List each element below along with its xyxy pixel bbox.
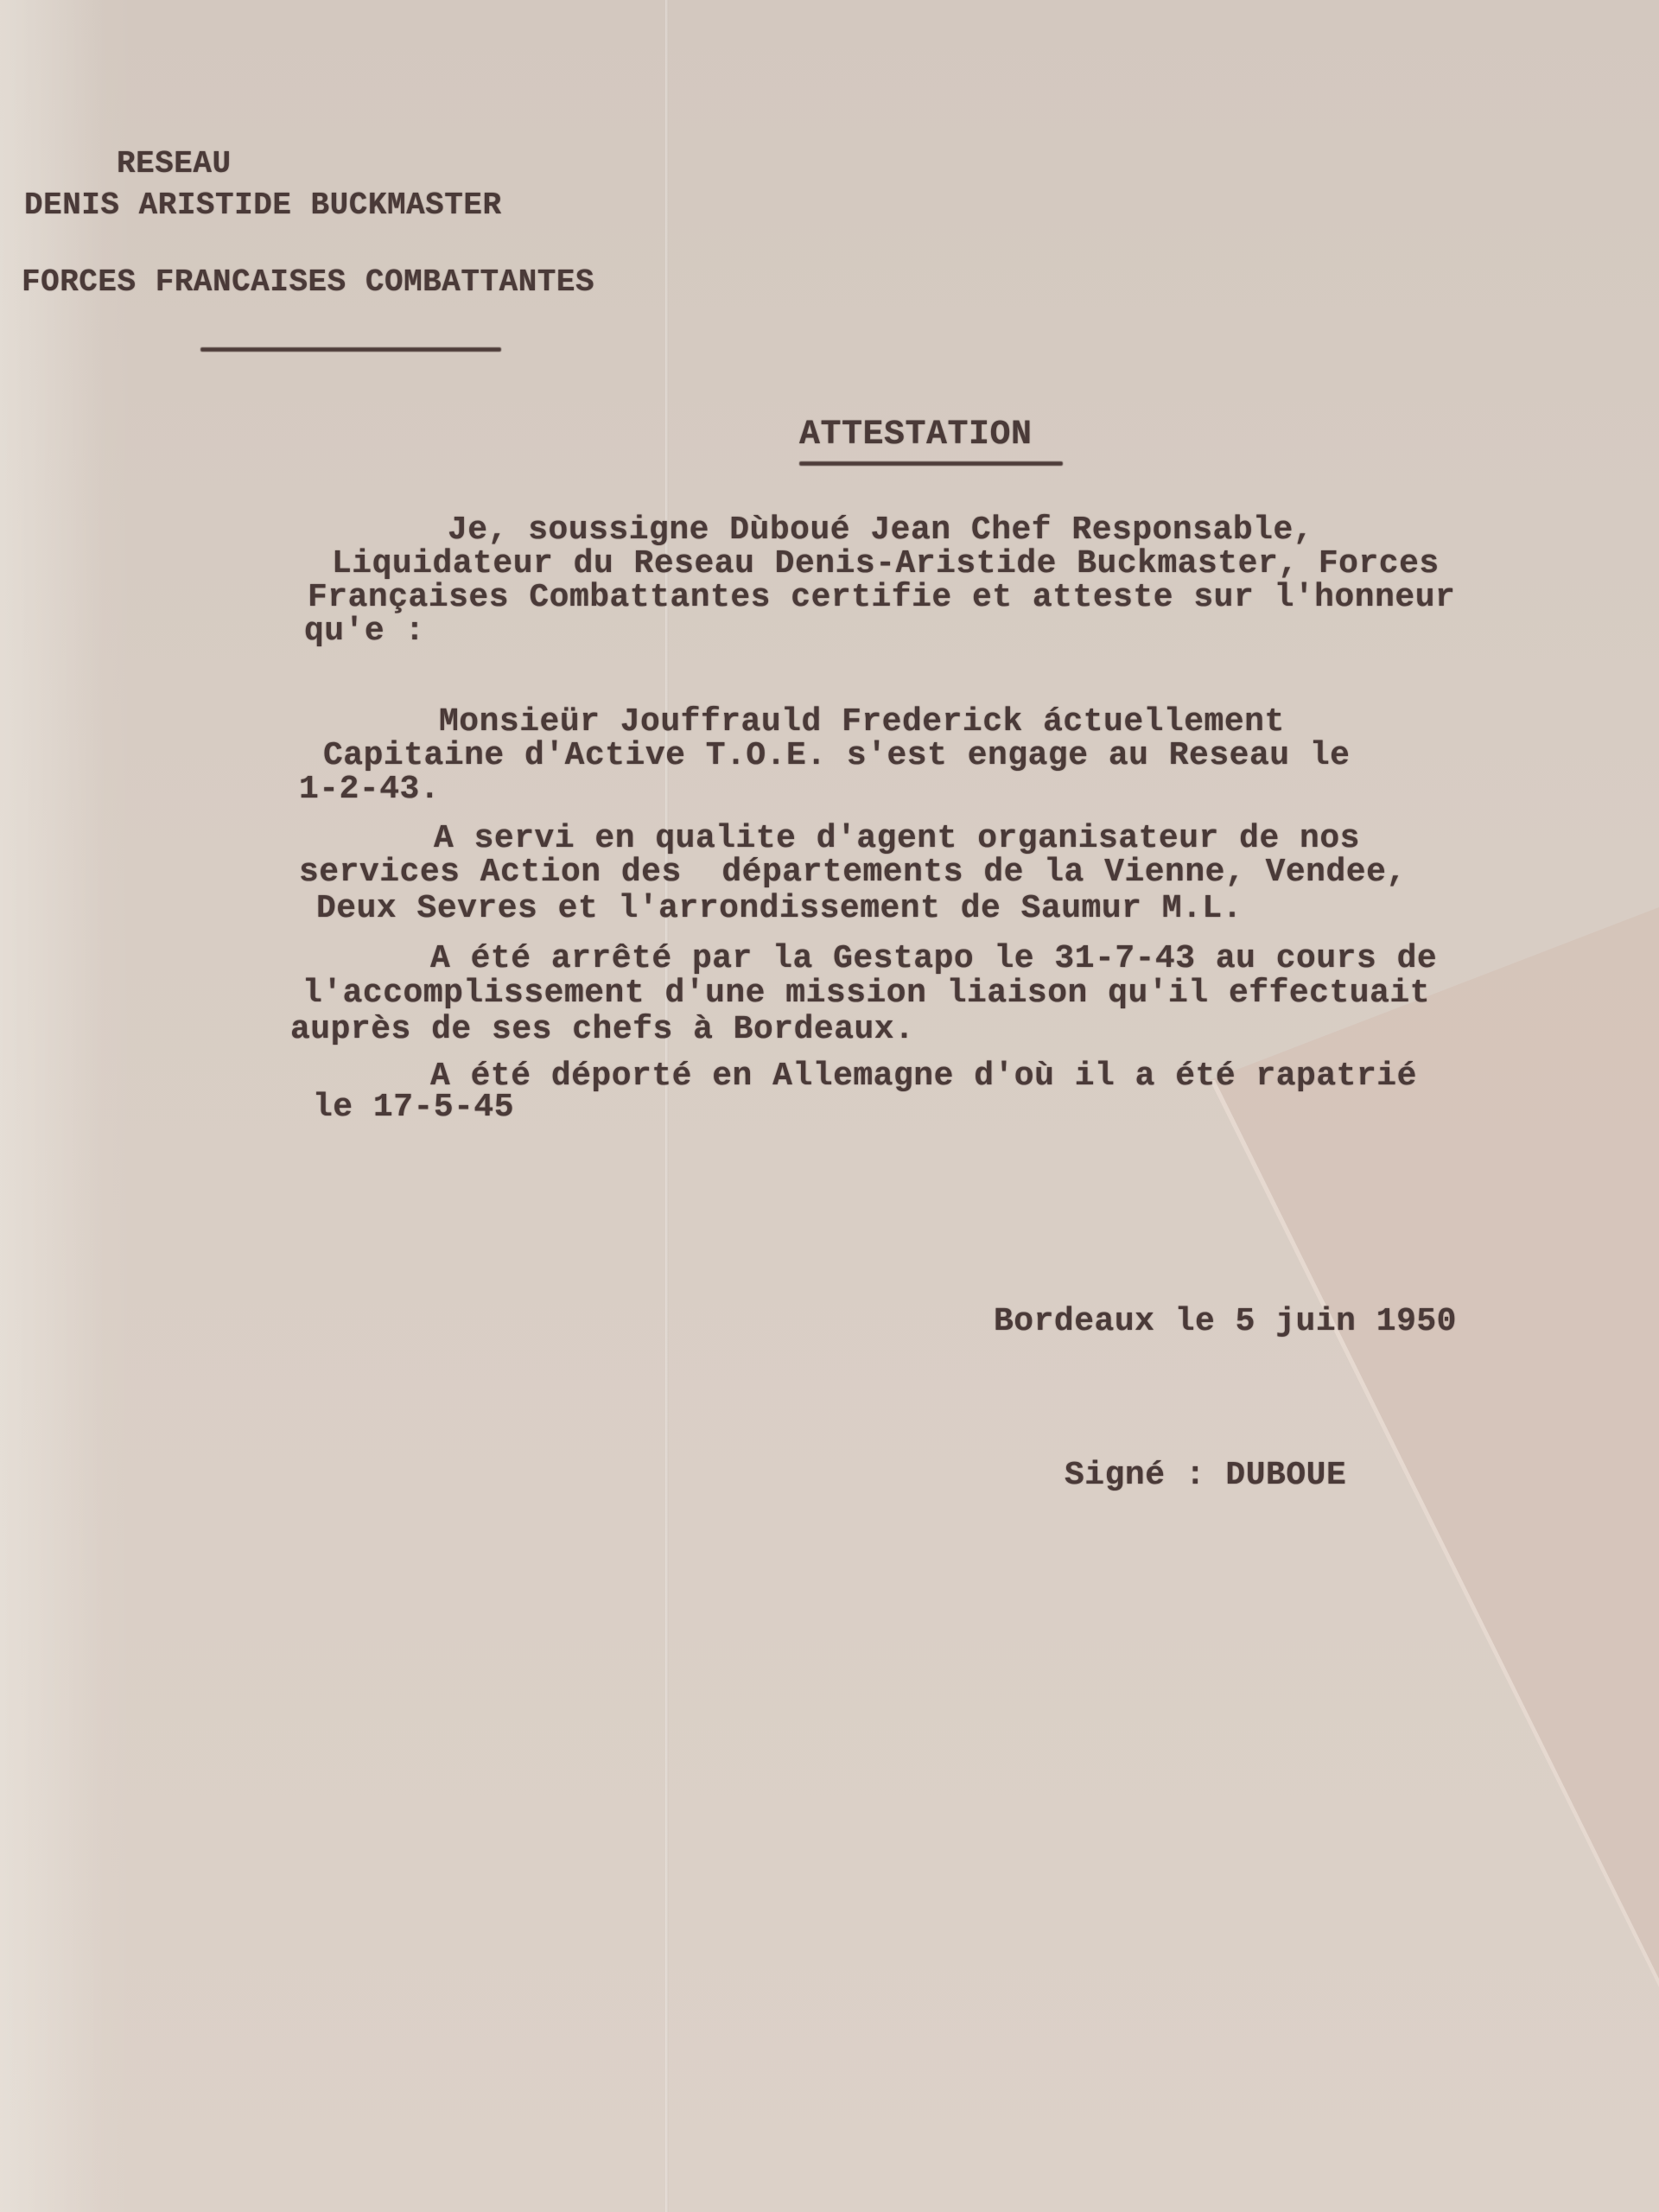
body-line: Liquidateur du Reseau Denis-Aristide Buc…	[332, 547, 1440, 581]
body-line: Capitaine d'Active T.O.E. s'est engage a…	[323, 739, 1351, 772]
body-line: le 17-5-45	[313, 1090, 514, 1124]
place-and-date: Bordeaux le 5 juin 1950	[994, 1303, 1457, 1341]
body-line: Deux Sevres et l'arrondissement de Saumu…	[316, 892, 1243, 925]
paper-crease	[665, 0, 669, 2212]
body-line: 1-2-43.	[299, 772, 440, 806]
body-line: l'accomplissement d'une mission liaison …	[302, 976, 1430, 1010]
letterhead-rule	[200, 347, 501, 352]
body-line: A servi en qualite d'agent organisateur …	[434, 822, 1360, 855]
title-underline	[799, 461, 1063, 466]
signature-line: Signé : DUBOUE	[1065, 1457, 1346, 1495]
paper-edge-highlight	[0, 0, 104, 2212]
document-title: ATTESTATION	[799, 415, 1033, 456]
body-line: qu'e :	[304, 614, 425, 648]
letterhead-organization: FORCES FRANCAISES COMBATTANTES	[22, 264, 594, 302]
body-line: Françaises Combattantes certifie et atte…	[308, 581, 1455, 614]
letterhead-network: RESEAU	[117, 145, 232, 183]
body-line: A été déporté en Allemagne d'où il a été…	[430, 1059, 1417, 1093]
body-line: Monsieür Jouffrauld Frederick áctuelleme…	[439, 705, 1285, 739]
body-line: auprès de ses chefs à Bordeaux.	[290, 1013, 914, 1046]
body-line: Je, soussigne Dùboué Jean Chef Responsab…	[448, 513, 1313, 547]
letterhead-network-name: DENIS ARISTIDE BUCKMASTER	[24, 187, 502, 225]
body-line: services Action des départements de la V…	[299, 855, 1407, 889]
body-line: A été arrêté par la Gestapo le 31-7-43 a…	[430, 942, 1437, 976]
